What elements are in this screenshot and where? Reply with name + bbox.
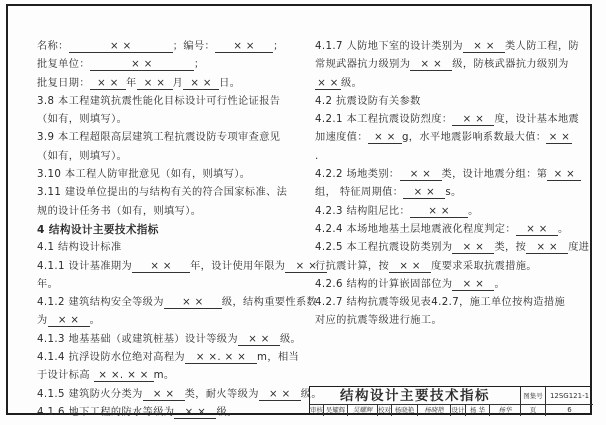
page-number: 6 — [546, 405, 593, 416]
anti-float-elevation-field: × ×. × × — [185, 352, 257, 364]
text: 级。 — [216, 407, 237, 418]
seismic-group-field: × × — [547, 169, 581, 181]
approval-date-label: 批复日期： — [37, 78, 90, 89]
text: 级，结构重要性系数 — [222, 297, 317, 308]
text: 4.1.4 抗浮设防水位绝对高程为 — [37, 352, 185, 363]
text: 行抗震计算，按 — [315, 261, 389, 272]
text: 4.2.2 场地类别： — [315, 169, 400, 180]
item-3-8: 3.8 本工程建筑抗震性能化目标设计可行性论证报告 — [37, 93, 299, 111]
item-4-1-1: 4.1.1 设计基准期为× ×年，设计使用年限为× × — [37, 258, 299, 276]
item-4-2-1-end: . — [315, 148, 577, 166]
text: 度，设计基本地震 — [494, 114, 579, 125]
text: 类，设计地震分组：第 — [442, 169, 548, 180]
text: 4.1.3 地基基础（或建筑桩基）设计等级为 — [37, 334, 238, 345]
item-3-9-cont: （如有，则填写）。 — [37, 148, 299, 166]
item-4-2-5-cont: 行抗震计算，按× ×度要求采取抗震措施。 — [315, 258, 577, 276]
text: 4.2.3 结构阻尼比： — [315, 206, 410, 217]
text: 类，耐火等级为 — [185, 389, 259, 400]
left-column: 名称：× ×；编号：× ×； 批复单位：× ×； 批复日期：× ×年× ×月× … — [37, 38, 299, 422]
designer-signature: 杨华 — [490, 405, 521, 416]
waterproof-grade-field: × × — [174, 407, 216, 419]
section-4-heading: 4 结构设计主要技术指标 — [37, 221, 299, 239]
text: m，相当 — [257, 352, 299, 363]
text: 4.2.6 结构的计算嵌固部位为 — [315, 279, 452, 290]
text: 。 — [90, 315, 101, 326]
item-3-11: 3.11 建设单位提出的与结构有关的符合国家标准、法 — [37, 184, 299, 202]
item-4-1-2: 4.1.2 建筑结构安全等级为× ×级，结构重要性系数 — [37, 294, 299, 312]
item-4-1-7-cont2: × ×级。 — [315, 75, 577, 93]
text: 4.1.2 建筑结构安全等级为 — [37, 297, 164, 308]
item-4-1-6: 4.1.6 地下工程的防水等级为× ×级。 — [37, 404, 299, 422]
review-label: 审核 — [310, 405, 324, 416]
site-category-field: × × — [400, 169, 442, 181]
item-4-1-7: 4.1.7 人防地下室的设计类别为× ×类人防工程，防 — [315, 38, 577, 56]
checker-name: 杨晓艳 — [392, 405, 418, 416]
nuclear-weapon-level-field: × × — [315, 78, 341, 90]
text: 级。 — [341, 78, 362, 89]
reviewer-signature: 吴耀辉 — [348, 405, 378, 416]
title-block: 结构设计主要技术指标 图集号 12SG121-1 审核 吴耀辉 吴耀辉 校对 杨… — [309, 386, 592, 415]
fire-category-field: × × — [143, 389, 185, 401]
text: 4.1.1 设计基准期为 — [37, 261, 132, 272]
day-unit: 日。 — [219, 78, 240, 89]
text: 级。 — [280, 334, 301, 345]
text: 4.1.5 建筑防火分类为 — [37, 389, 143, 400]
design-reference-period-field: × × — [132, 261, 190, 273]
item-3-11-cont: 规的设计任务书（如有，则填写）。 — [37, 203, 299, 221]
text: 4.2.1 本工程抗震设防烈度： — [315, 114, 452, 125]
item-4-1-3: 4.1.3 地基基础（或建筑桩基）设计等级为× ×级。 — [37, 331, 299, 349]
max-seismic-coefficient-field: × × — [546, 132, 572, 144]
text: 。 — [494, 279, 505, 290]
text: 度进 — [568, 242, 589, 253]
punctuation: ； — [194, 59, 205, 70]
importance-factor-field: × × — [48, 315, 90, 327]
characteristic-period-field: × × — [403, 187, 445, 199]
item-3-9: 3.9 本工程超限高层建筑工程抗震设防专项审查意见 — [37, 129, 299, 147]
text: 4.1.7 人防地下室的设计类别为 — [315, 41, 463, 52]
text: 。 — [468, 206, 479, 217]
approval-number-field: × × — [215, 41, 273, 53]
text: 加速度值： — [315, 132, 368, 143]
date-month-field: × × — [137, 78, 173, 90]
drawing-title: 结构设计主要技术指标 — [310, 387, 521, 405]
approval-name-field: × × — [69, 41, 173, 53]
month-unit: 月 — [173, 78, 184, 89]
page-label: 页 — [521, 405, 546, 416]
text: 类人防工程，防 — [505, 41, 579, 52]
atlas-number-label: 图集号 — [521, 387, 546, 405]
item-4-2-5: 4.2.5 本工程抗震设防类别为× ×类，按× ×度进 — [315, 239, 577, 257]
item-4-2-7: 4.2.7 结构抗震等级见表4.2.7，施工单位按构造措施 — [315, 294, 577, 312]
section-4-1-heading: 4.1 结构设计标准 — [37, 239, 299, 257]
foundation-grade-field: × × — [238, 334, 280, 346]
calculation-intensity-field: × × — [526, 242, 568, 254]
safety-grade-field: × × — [164, 297, 222, 309]
item-4-2-2-cont: 组， 特征周期值：× ×s。 — [315, 184, 577, 202]
reviewer-name: 吴耀辉 — [324, 405, 348, 416]
item-4-1-5: 4.1.5 建筑防火分类为× ×类，耐火等级为× ×级。 — [37, 386, 299, 404]
designer-name: 杨 华 — [466, 405, 490, 416]
text: 级，防核武器抗力级别为 — [452, 59, 568, 70]
seismic-fortification-category-field: × × — [452, 242, 494, 254]
item-4-1-7-cont: 常规武器抗力级别为× ×级，防核武器抗力级别为 — [315, 56, 577, 74]
item-3-8-cont: （如有，则填写）。 — [37, 111, 299, 129]
section-4-2-heading: 4.2 抗震设防有关参数 — [315, 93, 577, 111]
approval-name-label: 名称： — [37, 41, 69, 52]
text: s。 — [445, 187, 461, 198]
item-4-1-1-cont: 年。 — [37, 276, 299, 294]
atlas-number-value: 12SG121-1 — [546, 387, 593, 405]
text: m。 — [154, 370, 175, 381]
item-4-1-4-cont: 于设计标高 × ×. × ×m。 — [37, 367, 299, 385]
item-3-10: 3.10 本工程人防审批意见（如有，则填写）。 — [37, 166, 299, 184]
seismic-intensity-field: × × — [452, 114, 494, 126]
item-4-2-4: 4.2.4 本场地地基土层地震液化程度判定：× ×。 — [315, 221, 577, 239]
text: 为 — [37, 315, 48, 326]
text: 常规武器抗力级别为 — [315, 59, 410, 70]
approval-unit-label: 批复单位： — [37, 59, 90, 70]
item-4-2-2: 4.2.2 场地类别：× ×类，设计地震分组：第× × — [315, 166, 577, 184]
item-4-2-3: 4.2.3 结构阻尼比：× ×。 — [315, 203, 577, 221]
item-4-2-6: 4.2.6 结构的计算嵌固部位为× ×。 — [315, 276, 577, 294]
text: 4.2.4 本场地地基土层地震液化程度判定： — [315, 224, 516, 235]
text: 于设计标高 — [37, 370, 90, 381]
measure-intensity-field: × × — [389, 261, 431, 273]
text: 类，按 — [494, 242, 526, 253]
embedment-position-field: × × — [452, 279, 494, 291]
civil-defense-category-field: × × — [463, 41, 505, 53]
approval-unit-line: 批复单位：× ×； — [37, 56, 299, 74]
liquefaction-field: × × — [516, 224, 558, 236]
ground-acceleration-field: × × — [368, 132, 402, 144]
damping-ratio-field: × × — [410, 206, 468, 218]
text: 。 — [558, 224, 569, 235]
conventional-weapon-level-field: × × — [410, 59, 452, 71]
item-4-1-4: 4.1.4 抗浮设防水位绝对高程为× ×. × ×m，相当 — [37, 349, 299, 367]
checker-signature: 杨晓艳 — [418, 405, 451, 416]
text: 4.1.6 地下工程的防水等级为 — [37, 407, 174, 418]
design-elevation-field: × ×. × × — [94, 370, 154, 382]
right-column: 4.1.7 人防地下室的设计类别为× ×类人防工程，防 常规武器抗力级别为× ×… — [315, 38, 577, 331]
item-4-2-1-cont: 加速度值：× ×g，水平地震影响系数最大值：× × — [315, 129, 577, 147]
date-year-field: × × — [90, 78, 126, 90]
year-unit: 年 — [126, 78, 137, 89]
approval-number-label: ；编号： — [173, 41, 215, 52]
item-4-2-1: 4.2.1 本工程抗震设防烈度：× ×度，设计基本地震 — [315, 111, 577, 129]
text: 度要求采取抗震措施。 — [431, 261, 537, 272]
text: g，水平地震影响系数最大值： — [402, 132, 547, 143]
date-day-field: × × — [183, 78, 219, 90]
approval-name-line: 名称：× ×；编号：× ×； — [37, 38, 299, 56]
fire-resistance-field: × × — [259, 389, 301, 401]
text: 组， 特征周期值： — [315, 187, 403, 198]
check-label: 校对 — [378, 405, 392, 416]
item-4-1-2-cont: 为× ×。 — [37, 312, 299, 330]
item-4-2-7-cont: 对应的抗震等级进行施工。 — [315, 312, 577, 330]
text: 4.2.5 本工程抗震设防类别为 — [315, 242, 452, 253]
punctuation: ； — [273, 41, 284, 52]
approval-date-line: 批复日期：× ×年× ×月× ×日。 — [37, 75, 299, 93]
design-label: 设计 — [451, 405, 466, 416]
approval-unit-field: × × — [90, 59, 194, 71]
text: 年，设计使用年限为 — [190, 261, 285, 272]
